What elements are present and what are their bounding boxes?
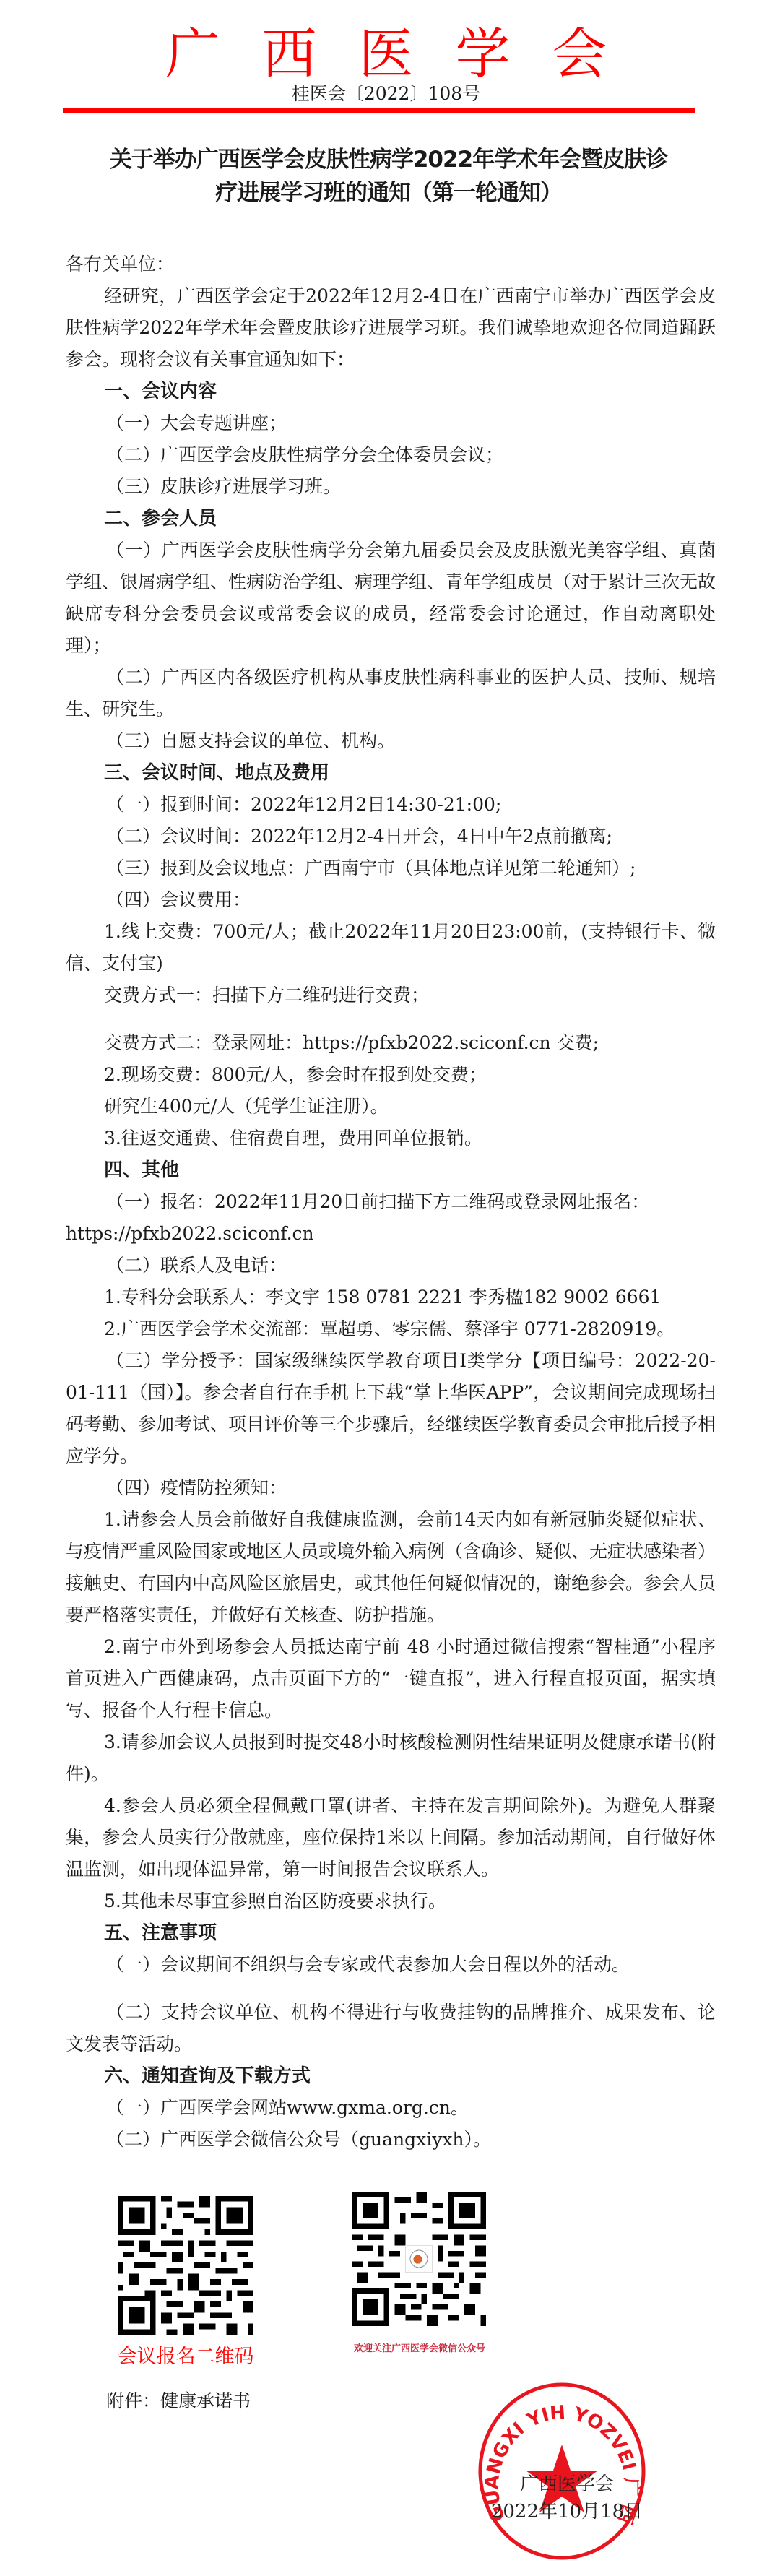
fee-student: 研究生400元/人（凭学生证注册）。	[66, 1091, 716, 1123]
epidemic-item: 5.其他未尽事宜参照自治区防疫要求执行。	[66, 1885, 716, 1917]
list-item: （二）支持会议单位、机构不得进行与收费挂钩的品牌推介、成果发布、论文发表等活动。	[66, 1997, 716, 2060]
red-divider	[63, 108, 695, 113]
fee-method-1: 交费方式一：扫描下方二维码进行交费；	[66, 980, 716, 1011]
title-line-1: 关于举办广西医学会皮肤性病学2022年学术年会暨皮肤诊	[64, 143, 714, 176]
qr-code-icon	[118, 2196, 253, 2335]
registration-text: （一）报名：2022年11月20日前扫描下方二维码或登录网址报名：	[66, 1186, 716, 1218]
contacts-heading: （二）联系人及电话：	[66, 1250, 716, 1281]
signature-org: 广西医学会	[469, 2471, 664, 2498]
intro-paragraph: 经研究，广西医学会定于2022年12月2-4日在广西南宁市举办广西医学会皮肤性病…	[66, 280, 716, 376]
document-number: 桂医会〔2022〕108号	[0, 81, 772, 107]
wechat-qr-code[interactable]	[352, 2192, 486, 2326]
salutation: 各有关单位：	[66, 248, 716, 280]
list-item: （一）广西医学会皮肤性病学分会第九届委员会及皮肤激光美容学组、真菌学组、银屑病学…	[66, 535, 716, 662]
registration-url[interactable]: https://pfxb2022.sciconf.cn	[66, 1218, 716, 1250]
registration-qr-caption: 会议报名二维码	[108, 2341, 263, 2369]
epidemic-item: 1.请参会人员会前做好自我健康监测，会前14天内如有新冠肺炎疑似症状、与疫情严重…	[66, 1504, 716, 1631]
wechat-item: （二）广西医学会微信公众号（guangxiyxh）。	[66, 2124, 716, 2156]
list-item: （四）会议费用：	[66, 884, 716, 916]
list-item: （一）大会专题讲座；	[66, 407, 716, 439]
list-item: （三）报到及会议地点：广西南宁市（具体地点详见第二轮通知）;	[66, 852, 716, 884]
list-item: （三）自愿支持会议的单位、机构。	[66, 725, 716, 757]
fee-travel: 3.往返交通费、住宿费自理，费用回单位报销。	[66, 1123, 716, 1154]
contact-item: 1.专科分会联系人：李文宇 158 0781 2221 李秀楹182 9002 …	[66, 1281, 716, 1313]
section-heading-2: 二、参会人员	[66, 503, 716, 535]
fee-method-2: 交费方式二：登录网址：https://pfxb2022.sciconf.cn 交…	[66, 1027, 716, 1059]
list-item: （三）皮肤诊疗进展学习班。	[66, 471, 716, 503]
contact-item: 2.广西医学会学术交流部：覃超勇、零宗儒、蔡泽宇 0771-2820919。	[66, 1313, 716, 1345]
registration-qr-code[interactable]	[118, 2196, 253, 2335]
epidemic-heading: （四）疫情防控须知：	[66, 1472, 716, 1504]
website-item: （一）广西医学会网站www.gxma.org.cn。	[66, 2092, 716, 2124]
attachment-label[interactable]: 附件：健康承诺书	[106, 2387, 251, 2413]
qr-code-icon	[352, 2192, 486, 2326]
list-item: （一）报到时间：2022年12月2日14:30-21:00;	[66, 789, 716, 821]
epidemic-item: 4.参会人员必须全程佩戴口罩(讲者、主持在发言期间除外)。为避免人群聚集，参会人…	[66, 1790, 716, 1885]
credits-paragraph: （三）学分授予：国家级继续医学教育项目Ⅰ类学分【项目编号：2022-20-01-…	[66, 1345, 716, 1472]
document-body: 各有关单位： 经研究，广西医学会定于2022年12月2-4日在广西南宁市举办广西…	[66, 248, 716, 2156]
list-item: （二）广西区内各级医疗机构从事皮肤性病科事业的医护人员、技师、规培生、研究生。	[66, 662, 716, 725]
fee-online: 1.线上交费：700元/人；截止2022年11月20日23:00前，(支持银行卡…	[66, 916, 716, 980]
list-item: （二）广西医学会皮肤性病学分会全体委员会议；	[66, 439, 716, 471]
fee-onsite: 2.现场交费：800元/人，参会时在报到处交费；	[66, 1059, 716, 1091]
section-heading-1: 一、会议内容	[66, 376, 716, 407]
epidemic-item: 2.南宁市外到场参会人员抵达南宁前 48 小时通过微信搜索“智桂通”小程序首页进…	[66, 1631, 716, 1726]
section-heading-3: 三、会议时间、地点及费用	[66, 757, 716, 789]
wechat-qr-caption: 欢迎关注广西医学会微信公众号	[347, 2341, 492, 2354]
document-title: 关于举办广西医学会皮肤性病学2022年学术年会暨皮肤诊 疗进展学习班的通知（第一…	[64, 143, 714, 209]
epidemic-item: 3.请参加会议人员报到时提交48小时核酸检测阴性结果证明及健康承诺书(附件)。	[66, 1726, 716, 1790]
section-heading-5: 五、注意事项	[66, 1917, 716, 1949]
title-line-2: 疗进展学习班的通知（第一轮通知）	[64, 176, 714, 209]
signature-date: 2022年10月18日	[469, 2498, 664, 2525]
section-heading-6: 六、通知查询及下载方式	[66, 2060, 716, 2092]
section-heading-4: 四、其他	[66, 1154, 716, 1186]
list-item: （二）会议时间：2022年12月2-4日开会，4日中午2点前撤离;	[66, 821, 716, 852]
list-item: （一）会议期间不组织与会专家或代表参加大会日程以外的活动。	[66, 1949, 716, 1981]
signature-block: 广西医学会 2022年10月18日	[469, 2471, 664, 2525]
